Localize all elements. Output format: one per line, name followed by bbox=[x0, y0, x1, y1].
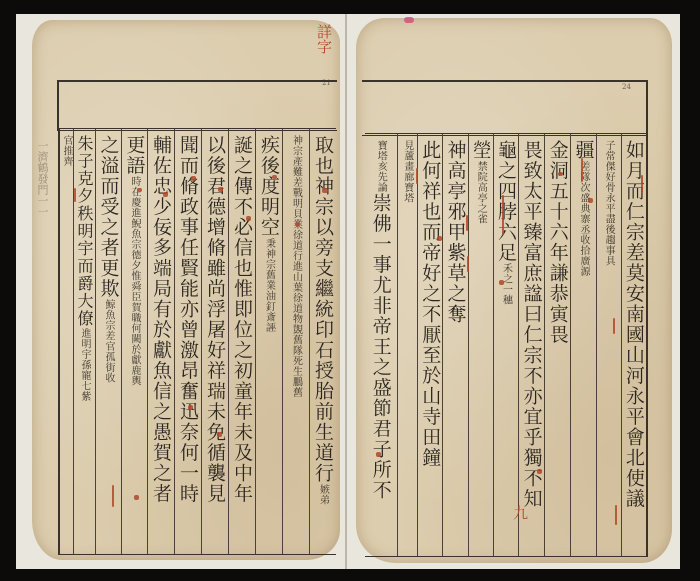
text-column: 龜之四脖六足 禾之一穗 bbox=[493, 134, 518, 556]
red-line-mark bbox=[112, 485, 114, 507]
red-punctuation bbox=[217, 432, 222, 437]
text-column: 畏致太平臻富庶諡曰仁宗不亦宜乎獨不知 bbox=[518, 134, 544, 556]
text-column: 更語 時在慶進鯢魚宗德夕惟舜臣賀職何闕於獻鹿輿 bbox=[121, 129, 147, 554]
red-punctuation bbox=[246, 216, 251, 221]
text-column: 輔佐忠少佞多端局有於獻魚信之愚賀之者 bbox=[147, 129, 174, 554]
book-spine bbox=[345, 14, 347, 569]
text-column: 神高亭邪甲紫草之奪 bbox=[442, 134, 467, 556]
text-column: 朱子克夕秩明宇而爵大僚 進明宇孫寵七紫 bbox=[73, 129, 95, 554]
column-commentary: 神宗產難差戰明貝業徐道行進山葉徐道物覬舊隊死生鵬舊 bbox=[290, 135, 303, 398]
red-punctuation bbox=[558, 172, 563, 176]
red-punctuation bbox=[322, 188, 328, 193]
text-column: 此何祥也而帝好之不厭至於山寺田鐘 bbox=[417, 134, 442, 556]
red-line-mark bbox=[615, 505, 617, 525]
right-header-band bbox=[362, 80, 648, 136]
red-punctuation bbox=[188, 405, 193, 410]
red-punctuation bbox=[295, 222, 300, 226]
red-line-mark bbox=[467, 256, 469, 272]
red-line-mark bbox=[641, 175, 643, 193]
text-column: 子常傑好骨永平盡後趨事具 bbox=[596, 134, 621, 556]
text-column: 金洞五十六年謙恭寅畏 bbox=[544, 134, 570, 556]
text-column: 疾後度明空 秉神宗舊業油釘斎誣 bbox=[255, 129, 282, 554]
red-punctuation bbox=[134, 495, 139, 500]
text-column: 神宗產難差戰明貝業徐道行進山葉徐道物覬舊隊死生鵬舊 bbox=[282, 129, 309, 554]
red-punctuation bbox=[272, 175, 277, 179]
red-line-mark bbox=[581, 158, 583, 182]
red-punctuation bbox=[191, 176, 196, 181]
red-punctuation bbox=[437, 236, 442, 241]
red-punctuation bbox=[218, 187, 223, 192]
text-column: 之溢而受之者更欺 鯨魚宗差官孤街收 bbox=[95, 129, 121, 554]
red-margin-note: 詳字 bbox=[316, 24, 332, 54]
text-column: 如月而仁宗差莫安南國山河永平會北使議 bbox=[621, 134, 646, 556]
right-text-columns: 如月而仁宗差莫安南國山河永平會北使議 子常傑好骨永平盡後趨事具 疆 差隊次盛典寨… bbox=[365, 133, 648, 557]
text-column: 官推齊 bbox=[60, 129, 73, 554]
red-line-mark bbox=[416, 168, 418, 184]
red-line-mark bbox=[502, 195, 504, 235]
text-column: 見蘆畫廊寶塔 bbox=[397, 134, 418, 556]
red-line-mark bbox=[466, 215, 468, 231]
red-punctuation bbox=[588, 198, 593, 203]
red-numeral-note: 九 bbox=[512, 505, 528, 520]
red-punctuation bbox=[537, 469, 542, 474]
text-column: 聞而脩政事任賢能亦曾激昂奮迅奈何一時 bbox=[174, 129, 201, 554]
red-line-mark bbox=[613, 318, 615, 334]
text-column: 寶塔亥先論 崇佛一事尤非帝王之盛節君子所不 bbox=[365, 134, 397, 556]
text-column: 誕之傳不必信也惟即位之初童年未及中年 bbox=[228, 129, 255, 554]
text-column: 塋 禁院高亭之雀 bbox=[468, 134, 493, 556]
collector-seal bbox=[404, 17, 414, 23]
left-header-band bbox=[57, 80, 337, 131]
red-punctuation bbox=[137, 188, 142, 192]
left-text-columns: 取也神宗以旁支繼統印石授胎前生道行 嫉弟 神宗產難差戰明貝業徐道行進山葉徐道物覬… bbox=[58, 128, 336, 555]
red-punctuation bbox=[163, 192, 168, 197]
red-punctuation bbox=[499, 280, 504, 285]
red-punctuation bbox=[376, 452, 381, 457]
bleed-through-text: 一濟鶴發門一一 bbox=[36, 140, 49, 470]
red-line-mark bbox=[74, 188, 76, 202]
text-column: 以後君德增脩雖尚浮屠好祥瑞未免循襲見 bbox=[201, 129, 228, 554]
